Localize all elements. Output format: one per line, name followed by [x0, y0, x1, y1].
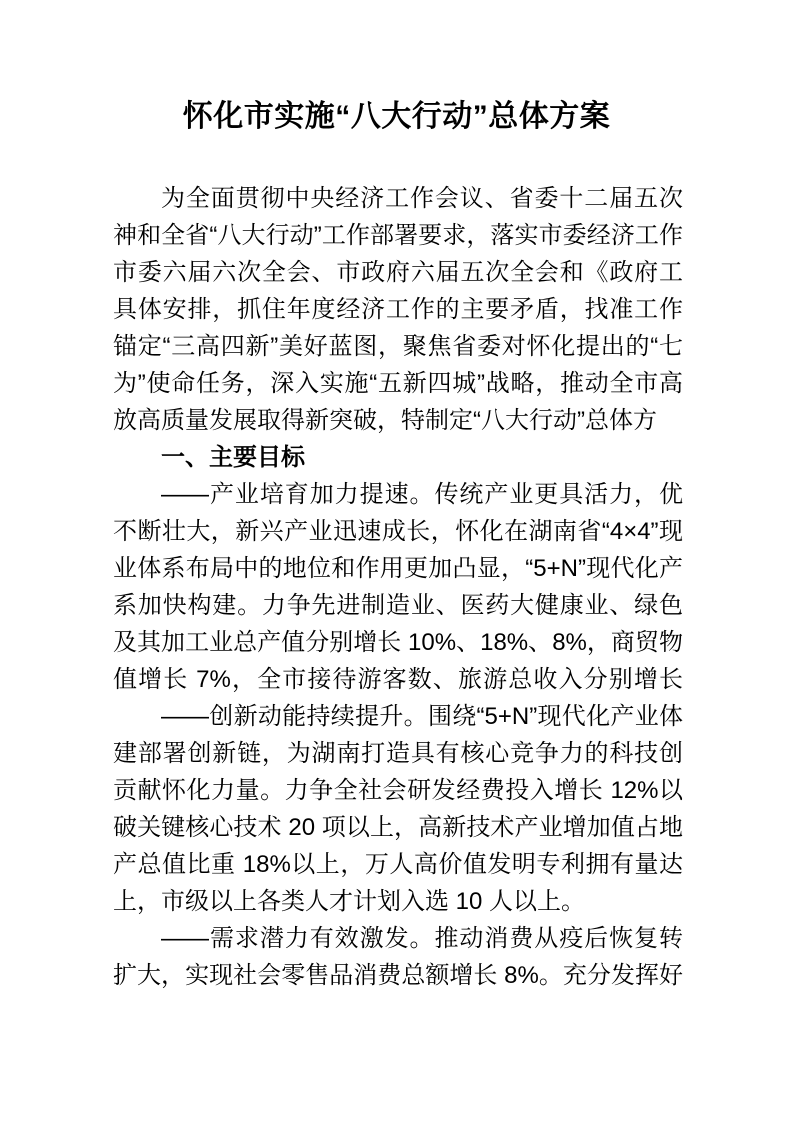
document-line: 建部署创新链，为湖南打造具有核心竞争力的科技创新高地	[113, 735, 683, 772]
document-line: 值增长 7%，全市接待游客数、旅游总收入分别增长 6%、5%。	[113, 661, 683, 698]
document-line: 具体安排，抓住年度经济工作的主要矛盾，找准工作抓手，	[113, 291, 683, 328]
document-line: 上，市级以上各类人才计划入选 10 人以上。	[113, 883, 683, 920]
document-line: ——创新动能持续提升。围绕“5+N”现代化产业体系构	[113, 698, 683, 735]
document-line: 业体系布局中的地位和作用更加凸显，“5+N”现代化产业体	[113, 550, 683, 587]
document-line: 扩大，实现社会零售品消费总额增长 8%。充分发挥好投资对	[113, 957, 683, 994]
document-line: 放高质量发展取得新突破，特制定“八大行动”总体方案。	[113, 402, 683, 439]
document-line: 及其加工业总产值分别增长 10%、18%、8%，商贸物流业增加	[113, 624, 683, 661]
document-line: ——产业培育加力提速。传统产业更具活力，优势产业	[113, 476, 683, 513]
document-body: 为全面贯彻中央经济工作会议、省委十二届五次全会精 神和全省“八大行动”工作部署要…	[113, 180, 683, 994]
document-line: 锚定“三高四新”美好蓝图，聚焦省委对怀化提出的“七个新作	[113, 328, 683, 365]
document-line: ——需求潜力有效激发。推动消费从疫后恢复转向持续	[113, 920, 683, 957]
document-line: 系加快构建。力争先进制造业、医药大健康业、绿色农产品	[113, 587, 683, 624]
section-heading: 一、主要目标	[113, 439, 683, 476]
document-line: 贡献怀化力量。力争全社会研发经费投入增长 12%以上，突	[113, 772, 683, 809]
document-line: 神和全省“八大行动”工作部署要求，落实市委经济工作会议、	[113, 217, 683, 254]
document-line: 破关键核心技术 20 项以上，高新技术产业增加值占地区生	[113, 809, 683, 846]
document-page: 怀化市实施“八大行动”总体方案 为全面贯彻中央经济工作会议、省委十二届五次全会精…	[0, 0, 793, 1122]
document-title: 怀化市实施“八大行动”总体方案	[0, 99, 793, 135]
document-line: 为全面贯彻中央经济工作会议、省委十二届五次全会精	[113, 180, 683, 217]
document-line: 不断壮大，新兴产业迅速成长，怀化在湖南省“4×4”现代化产	[113, 513, 683, 550]
document-line: 市委六届六次全会、市政府六届五次全会和《政府工作报告》	[113, 254, 683, 291]
document-line: 产总值比重 18%以上，万人高价值发明专利拥有量达 1 件以	[113, 846, 683, 883]
document-line: 为”使命任务，深入实施“五新四城”战略，推动全市高水平开	[113, 365, 683, 402]
